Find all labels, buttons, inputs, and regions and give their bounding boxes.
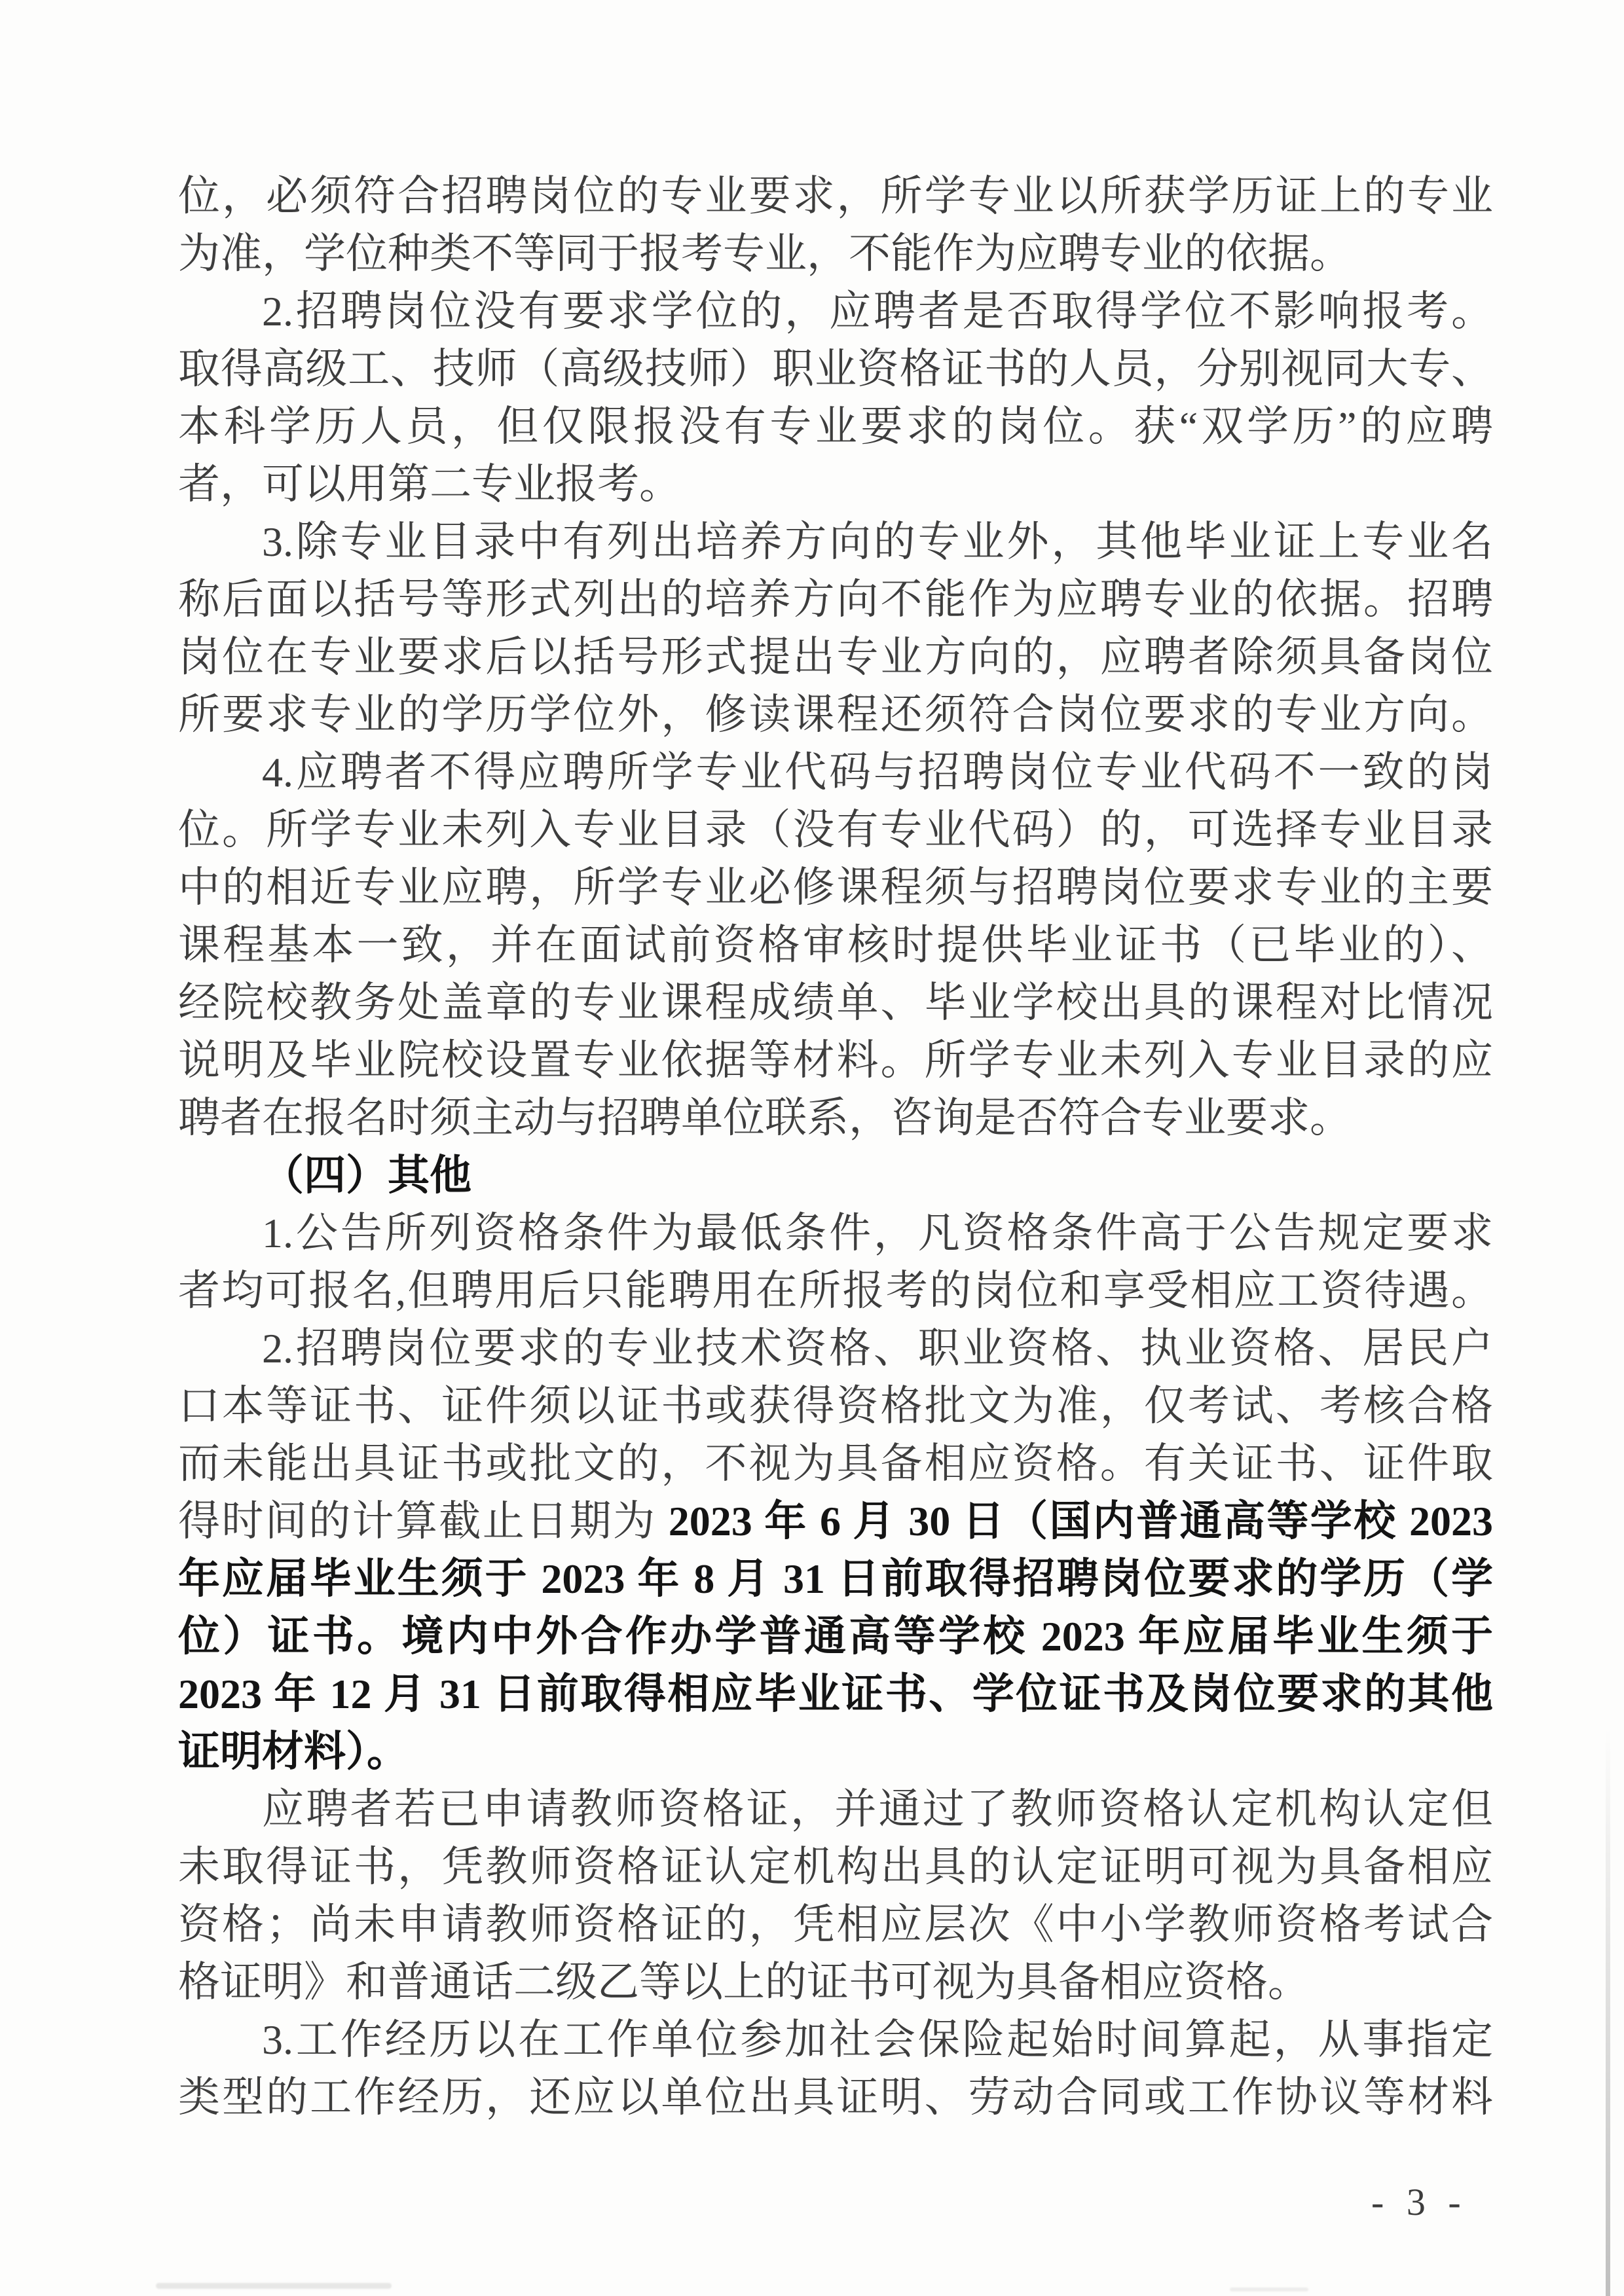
text-run: 位，必须符合招聘岗位的专业要求，所学专业以所获学历证上的专业 (178, 173, 1493, 219)
text-line: 岗位在专业要求后以括号形式提出专业方向的，应聘者除须具备岗位 (178, 629, 1493, 686)
text-line: 者，可以用第二专业报考。 (178, 456, 1493, 513)
text-line: 2023 年 12 月 31 日前取得相应毕业证书、学位证书及岗位要求的其他 (178, 1666, 1493, 1723)
text-run: 而未能出具证书或批文的，不视为具备相应资格。有关证书、证件取 (178, 1440, 1493, 1487)
text-run: 说明及毕业院校设置专业依据等材料。所学专业未列入专业目录的应 (178, 1037, 1493, 1084)
text-line: 位，必须符合招聘岗位的专业要求，所学专业以所获学历证上的专业 (178, 168, 1493, 225)
text-run: 取得高级工、技师（高级技师）职业资格证书的人员，分别视同大专、 (178, 346, 1493, 392)
scan-artifact-bottom-left-smudge (156, 2283, 392, 2289)
bold-text-run: 2023 年 12 月 31 日前取得相应毕业证书、学位证书及岗位要求的其他 (178, 1671, 1493, 1717)
text-line: 课程基本一致，并在面试前资格审核时提供毕业证书（已毕业的）、 (178, 917, 1493, 974)
text-line: 1.公告所列资格条件为最低条件，凡资格条件高于公告规定要求 (178, 1205, 1493, 1262)
text-run: 4.应聘者不得应聘所学专业代码与招聘岗位专业代码不一致的岗 (262, 749, 1493, 795)
text-line: 未取得证书，凭教师资格证认定机构出具的认定证明可视为具备相应 (178, 1838, 1493, 1896)
text-run: 类型的工作经历，还应以单位出具证明、劳动合同或工作协议等材料 (178, 2074, 1493, 2121)
text-line: 为准，学位种类不等同于报考专业，不能作为应聘专业的依据。 (178, 225, 1493, 283)
text-run: 经院校教务处盖章的专业课程成绩单、毕业学校出具的课程对比情况 (178, 979, 1493, 1026)
text-line: 类型的工作经历，还应以单位出具证明、劳动合同或工作协议等材料 (178, 2069, 1493, 2126)
text-line: 所要求专业的学历学位外，修读课程还须符合岗位要求的专业方向。 (178, 686, 1493, 744)
bold-text-run: 年应届毕业生须于 2023 年 8 月 31 日前取得招聘岗位要求的学历（学 (178, 1556, 1493, 1602)
text-run: 者均可报名,但聘用后只能聘用在所报考的岗位和享受相应工资待遇。 (178, 1267, 1493, 1314)
text-line: 2.招聘岗位要求的专业技术资格、职业资格、执业资格、居民户 (178, 1320, 1493, 1377)
text-run: 2.招聘岗位要求的专业技术资格、职业资格、执业资格、居民户 (262, 1325, 1493, 1372)
text-line: 应聘者若已申请教师资格证，并通过了教师资格认定机构认定但 (178, 1781, 1493, 1838)
text-line: 年应届毕业生须于 2023 年 8 月 31 日前取得招聘岗位要求的学历（学 (178, 1550, 1493, 1608)
text-run: 为准，学位种类不等同于报考专业，不能作为应聘专业的依据。 (178, 230, 1352, 277)
text-run: 中的相近专业应聘，所学专业必修课程须与招聘岗位要求专业的主要 (178, 864, 1493, 911)
text-run: 格证明》和普通话二级乙等以上的证书可视为具备相应资格。 (178, 1959, 1310, 2005)
bold-text-run: （四）其他 (262, 1152, 471, 1199)
text-line: 者均可报名,但聘用后只能聘用在所报考的岗位和享受相应工资待遇。 (178, 1262, 1493, 1320)
text-line: 而未能出具证书或批文的，不视为具备相应资格。有关证书、证件取 (178, 1435, 1493, 1493)
text-line: 口本等证书、证件须以证书或获得资格批文为准，仅考试、考核合格 (178, 1377, 1493, 1435)
document-body: 位，必须符合招聘岗位的专业要求，所学专业以所获学历证上的专业为准，学位种类不等同… (178, 168, 1493, 2126)
text-run: 资格；尚未申请教师资格证的，凭相应层次《中小学教师资格考试合 (178, 1901, 1493, 1948)
text-line: 位）证书。境内中外合作办学普通高等学校 2023 年应届毕业生须于 (178, 1608, 1493, 1666)
text-run: 岗位在专业要求后以括号形式提出专业方向的，应聘者除须具备岗位 (178, 634, 1493, 680)
text-line: 资格；尚未申请教师资格证的，凭相应层次《中小学教师资格考试合 (178, 1896, 1493, 1954)
text-run: 得时间的计算截止日期为 (178, 1498, 656, 1544)
text-run: 应聘者若已申请教师资格证，并通过了教师资格认定机构认定但 (262, 1786, 1493, 1832)
text-run: 聘者在报名时须主动与招聘单位联系，咨询是否符合专业要求。 (178, 1095, 1352, 1141)
text-run: 课程基本一致，并在面试前资格审核时提供毕业证书（已毕业的）、 (178, 922, 1493, 968)
text-run: 称后面以括号等形式列出的培养方向不能作为应聘专业的依据。招聘 (178, 576, 1493, 623)
page-number: - 3 - (1371, 2180, 1467, 2224)
bold-text-run: 位）证书。境内中外合作办学普通高等学校 2023 年应届毕业生须于 (178, 1613, 1493, 1660)
text-run: 未取得证书，凭教师资格证认定机构出具的认定证明可视为具备相应 (178, 1844, 1493, 1890)
bold-text-run: 2023 年 6 月 30 日（国内普通高等学校 2023 (656, 1498, 1493, 1544)
text-run: 3.除专业目录中有列出培养方向的专业外，其他毕业证上专业名 (262, 519, 1493, 565)
text-run: 1.公告所列资格条件为最低条件，凡资格条件高于公告规定要求 (262, 1210, 1493, 1256)
text-line: 证明材料）。 (178, 1723, 1493, 1781)
text-run: 位。所学专业未列入专业目录（没有专业代码）的，可选择专业目录 (178, 807, 1493, 853)
text-line: （四）其他 (178, 1147, 1493, 1205)
text-line: 说明及毕业院校设置专业依据等材料。所学专业未列入专业目录的应 (178, 1032, 1493, 1089)
scanned-page: 位，必须符合招聘岗位的专业要求，所学专业以所获学历证上的专业为准，学位种类不等同… (0, 0, 1624, 2296)
text-line: 2.招聘岗位没有要求学位的，应聘者是否取得学位不影响报考。 (178, 283, 1493, 340)
scan-artifact-bottom-smudge (1230, 2287, 1308, 2291)
text-line: 位。所学专业未列入专业目录（没有专业代码）的，可选择专业目录 (178, 801, 1493, 859)
text-line: 取得高级工、技师（高级技师）职业资格证书的人员，分别视同大专、 (178, 340, 1493, 398)
text-line: 经院校教务处盖章的专业课程成绩单、毕业学校出具的课程对比情况 (178, 974, 1493, 1032)
text-run: 2.招聘岗位没有要求学位的，应聘者是否取得学位不影响报考。 (262, 288, 1493, 335)
text-run: 者，可以用第二专业报考。 (178, 461, 681, 507)
text-run: 所要求专业的学历学位外，修读课程还须符合岗位要求的专业方向。 (178, 691, 1493, 738)
text-run: 口本等证书、证件须以证书或获得资格批文为准，仅考试、考核合格 (178, 1383, 1493, 1429)
text-line: 得时间的计算截止日期为 2023 年 6 月 30 日（国内普通高等学校 202… (178, 1493, 1493, 1550)
text-line: 中的相近专业应聘，所学专业必修课程须与招聘岗位要求专业的主要 (178, 859, 1493, 917)
text-line: 本科学历人员，但仅限报没有专业要求的岗位。获“双学历”的应聘 (178, 398, 1493, 456)
text-line: 聘者在报名时须主动与招聘单位联系，咨询是否符合专业要求。 (178, 1089, 1493, 1147)
text-run: 3.工作经历以在工作单位参加社会保险起始时间算起，从事指定 (262, 2016, 1493, 2063)
scan-artifact-right-edge-line (1606, 1728, 1610, 2296)
text-run: 本科学历人员，但仅限报没有专业要求的岗位。获“双学历”的应聘 (178, 403, 1493, 450)
bold-text-run: 证明材料）。 (178, 1728, 409, 1775)
text-line: 3.工作经历以在工作单位参加社会保险起始时间算起，从事指定 (178, 2011, 1493, 2069)
text-line: 3.除专业目录中有列出培养方向的专业外，其他毕业证上专业名 (178, 513, 1493, 571)
text-line: 格证明》和普通话二级乙等以上的证书可视为具备相应资格。 (178, 1954, 1493, 2011)
text-line: 4.应聘者不得应聘所学专业代码与招聘岗位专业代码不一致的岗 (178, 744, 1493, 801)
text-line: 称后面以括号等形式列出的培养方向不能作为应聘专业的依据。招聘 (178, 571, 1493, 629)
